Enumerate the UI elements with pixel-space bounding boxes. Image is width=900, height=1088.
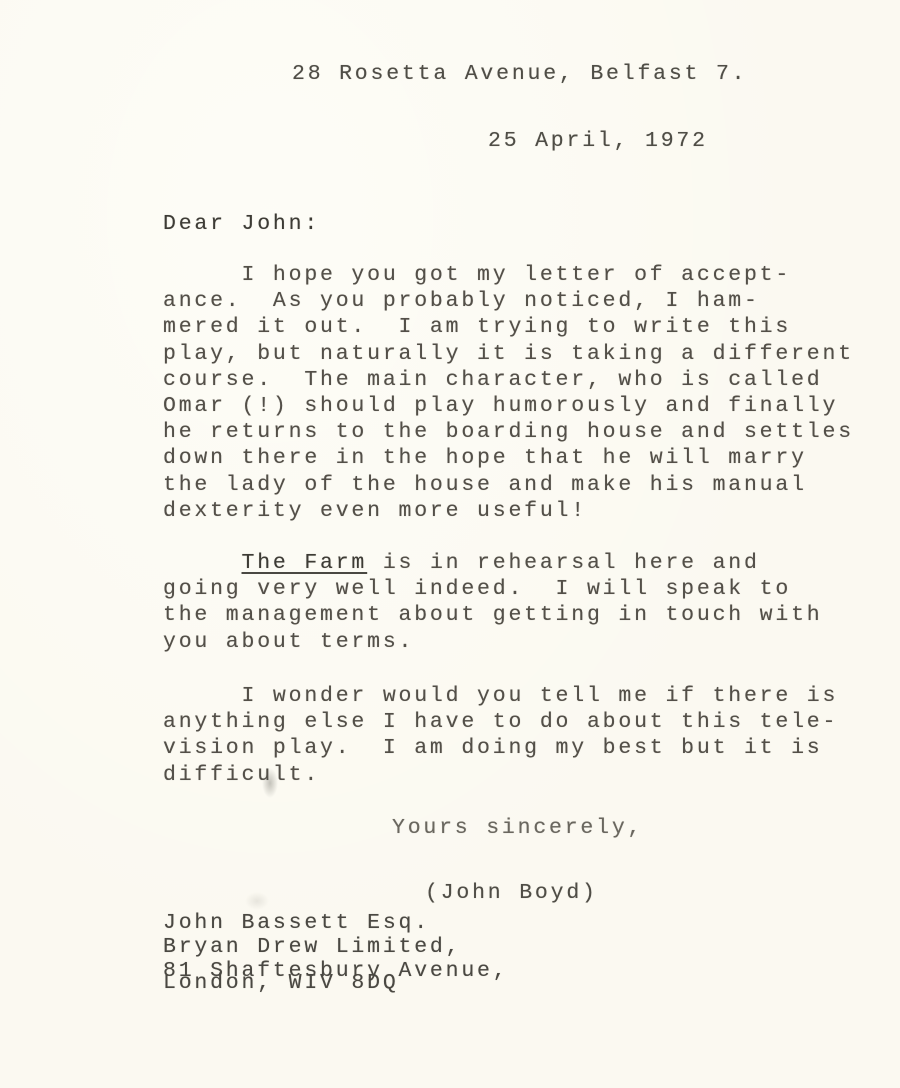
paragraph-line: course. The main character, who is calle…: [163, 367, 854, 393]
paragraph-line: play, but naturally it is taking a diffe…: [163, 341, 854, 367]
recipient-company: Bryan Drew Limited,: [163, 935, 508, 959]
signature-name: (John Boyd): [425, 880, 598, 906]
paragraph-line: you about terms.: [163, 629, 823, 655]
paragraph-line: down there in the hope that he will marr…: [163, 445, 854, 471]
paragraph-line: vision play. I am doing my best but it i…: [163, 735, 838, 761]
closing: Yours sincerely,: [392, 815, 643, 841]
ink-smudge: [262, 768, 278, 798]
letter-date: 25 April, 1972: [488, 128, 708, 154]
paragraph-2: The Farm is in rehearsal here and going …: [163, 550, 823, 655]
paragraph-line: going very well indeed. I will speak to: [163, 576, 823, 602]
sender-address: 28 Rosetta Avenue, Belfast 7.: [292, 61, 747, 87]
paragraph-1: I hope you got my letter of accept- ance…: [163, 262, 854, 524]
play-title-the-farm: The Farm: [242, 551, 368, 575]
paragraph-line: anything else I have to do about this te…: [163, 709, 838, 735]
indent: [163, 551, 242, 575]
recipient-address: John Bassett Esq. Bryan Drew Limited, 81…: [163, 911, 508, 995]
letter-page: 28 Rosetta Avenue, Belfast 7. 25 April, …: [0, 0, 900, 1088]
ink-smudge: [245, 892, 269, 910]
paragraph-line: dexterity even more useful!: [163, 498, 854, 524]
salutation: Dear John:: [163, 211, 320, 237]
recipient-name: John Bassett Esq.: [163, 911, 508, 935]
paragraph-line: the management about getting in touch wi…: [163, 602, 823, 628]
paragraph-line: I wonder would you tell me if there is: [163, 683, 838, 709]
paragraph-line: the lady of the house and make his manua…: [163, 472, 854, 498]
paragraph-line: mered it out. I am trying to write this: [163, 314, 854, 340]
paragraph-line: he returns to the boarding house and set…: [163, 419, 854, 445]
paragraph-line: The Farm is in rehearsal here and: [163, 550, 823, 576]
paragraph-line: I hope you got my letter of accept-: [163, 262, 854, 288]
paragraph-line: Omar (!) should play humorously and fina…: [163, 393, 854, 419]
first-line-rest: is in rehearsal here and: [367, 551, 760, 575]
paragraph-line: ance. As you probably noticed, I ham-: [163, 288, 854, 314]
